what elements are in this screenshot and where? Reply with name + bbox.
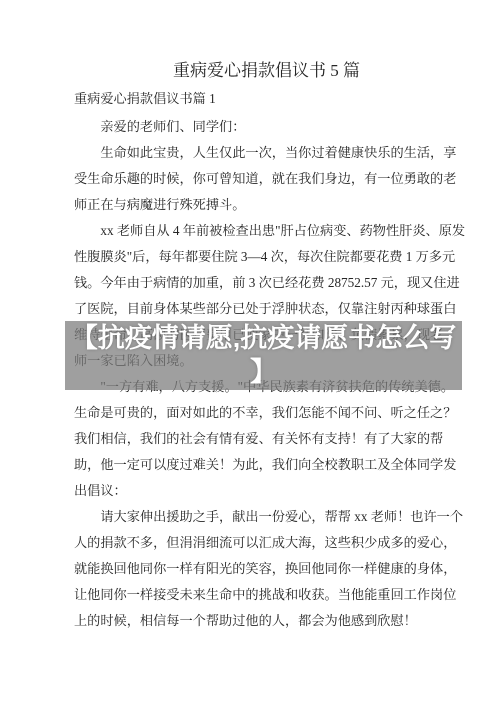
- watermark-text: 【抗疫情请愿,抗疫请愿书怎么写: [71, 321, 457, 355]
- text-line: 出倡议：: [74, 478, 459, 504]
- text-line: 师正在与病魔进行殊死搏斗。: [74, 192, 459, 218]
- text-line: 我们相信，我们的社会有情有爱、有关怀有支持！有了大家的帮: [74, 426, 459, 452]
- text-line: 亲爱的老师们、同学们：: [74, 114, 459, 140]
- section-heading: 重病爱心捐款倡议书篇 1: [74, 90, 216, 108]
- text-line: 钱。今年由于病情的加重，前 3 次已经花费 28752.57 元，现又住进: [74, 270, 459, 296]
- text-line: 就能换回他同你一样有阳光的笑容，换回他同你一样健康的身体，: [74, 556, 459, 582]
- text-line: 让他同你一样接受未来生命中的挑战和收获。当他能重回工作岗位: [74, 582, 459, 608]
- text-line: xx 老师自从 4 年前被检查出患"肝占位病变、药物性肝炎、原发: [74, 218, 459, 244]
- text-line: 受生命乐趣的时候，你可曾知道，就在我们身边，有一位勇敢的老: [74, 166, 459, 192]
- text-line: 请大家伸出援助之手，献出一份爱心，帮帮 xx 老师！也许一个: [74, 504, 459, 530]
- text-line: 助，他一定可以度过难关！为此，我们向全校教职工及全体同学发: [74, 452, 459, 478]
- text-line: 生命如此宝贵，人生仅此一次，当你过着健康快乐的生活，享: [74, 140, 459, 166]
- document-page: 重病爱心捐款倡议书 5 篇 重病爱心捐款倡议书篇 1 亲爱的老师们、同学们： 生…: [0, 0, 500, 706]
- document-title: 重病爱心捐款倡议书 5 篇: [74, 59, 459, 82]
- text-line: 了医院，目前身体某些部分已处于浮肿状态，仅靠注射丙种球蛋白: [74, 296, 459, 322]
- text-line: 性腹膜炎"后，每年都要住院 3—4 次，每次住院都要花费 1 万多元: [74, 244, 459, 270]
- text-line: 上的时候，相信每一个帮助过他的人，都会为他感到欣慰！: [74, 608, 459, 634]
- text-line: 生命是可贵的，面对如此的不幸，我们怎能不闻不问、听之任之？: [74, 400, 459, 426]
- text-line: 人的捐款不多，但涓涓细流可以汇成大海，这些积少成多的爱心，: [74, 530, 459, 556]
- watermark-overlay: 【抗疫情请愿,抗疫请愿书怎么写 】: [65, 321, 462, 390]
- watermark-close-bracket: 】: [250, 355, 277, 389]
